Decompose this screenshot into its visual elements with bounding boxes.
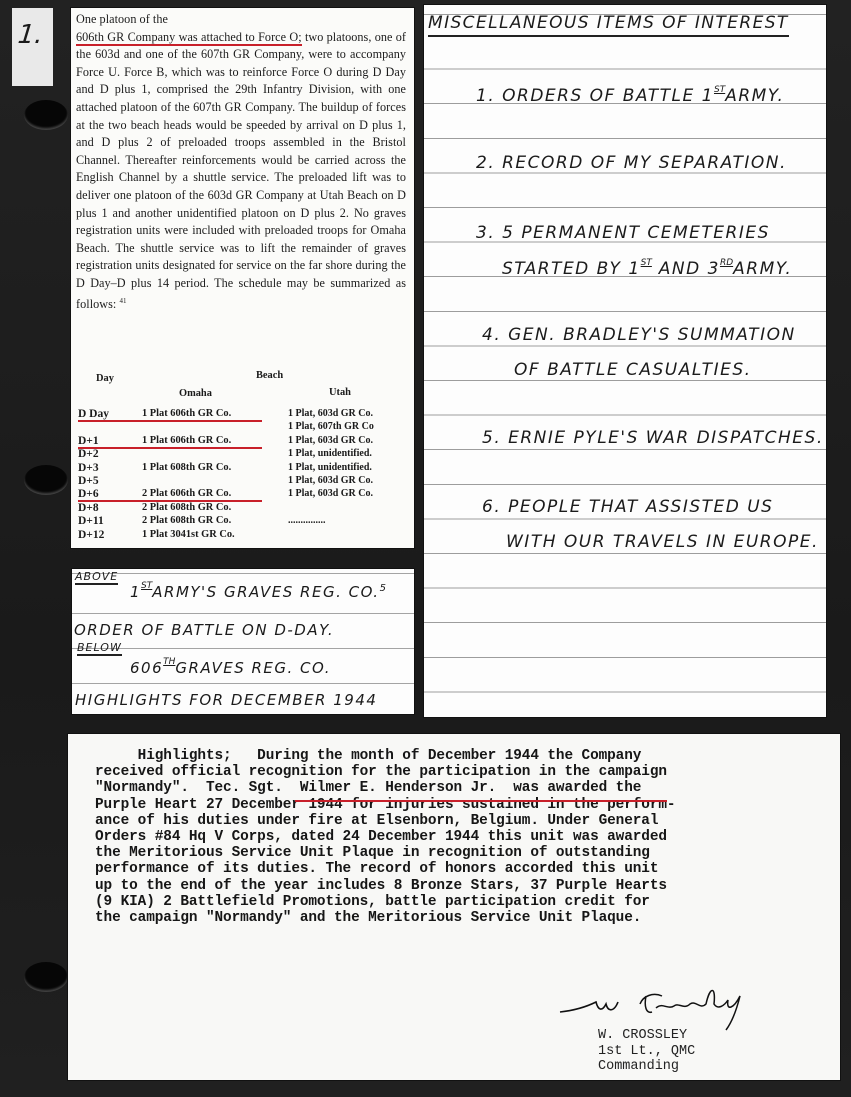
misc-items-card: Miscellaneous Items of Interest 1. Order… <box>424 5 826 717</box>
clipping-paragraph: One platoon of the 606th GR Company was … <box>76 11 406 313</box>
misc-item-6-line2: with our travels in Europe. <box>506 532 819 552</box>
misc-item-1: 1. Orders of Battle 1stArmy. <box>476 85 784 106</box>
underlined-phrase: 606th GR Company was attached to Force O… <box>76 30 302 46</box>
signature-block: W. CROSSLEY 1st Lt., QMC Commanding <box>598 1028 695 1075</box>
schedule-utah: ............... <box>288 515 326 526</box>
header-day: Day <box>96 373 114 384</box>
schedule-utah: 1 Plat, 603d GR Co. <box>288 435 373 446</box>
schedule-utah: 1 Plat, 603d GR Co. <box>288 488 373 499</box>
schedule-day: D Day <box>78 408 109 420</box>
schedule-day: D+2 <box>78 448 99 460</box>
note-line-3: 606thGraves Reg. Co. <box>130 657 331 677</box>
schedule-row: D+31 Plat 608th GR Co.1 Plat, unidentifi… <box>76 462 410 475</box>
misc-card-title: Miscellaneous Items of Interest <box>428 13 789 37</box>
schedule-day: D+11 <box>78 515 104 527</box>
page-number: 1. <box>16 20 44 50</box>
schedule-day: D+8 <box>78 502 99 514</box>
schedule-row: D Day1 Plat 606th GR Co.1 Plat, 603d GR … <box>76 408 410 421</box>
schedule-row: D+82 Plat 608th GR Co. <box>76 502 410 515</box>
clipping-body: two platoons, one of the 603d and one of… <box>76 30 406 311</box>
schedule-utah: 1 Plat, 607th GR Co <box>288 421 374 432</box>
schedule-omaha: 1 Plat 608th GR Co. <box>142 462 231 473</box>
name-underline <box>295 800 667 802</box>
caption-note-card: Above 1stArmy's Graves Reg. Co.5 Order o… <box>72 569 414 714</box>
schedule-rows: D Day1 Plat 606th GR Co.1 Plat, 603d GR … <box>76 408 410 542</box>
schedule-row: D+62 Plat 606th GR Co.1 Plat, 603d GR Co… <box>76 488 410 501</box>
note-line-1: 1stArmy's Graves Reg. Co.5 <box>130 581 387 601</box>
binder-hole <box>24 465 68 495</box>
binder-hole <box>24 100 68 130</box>
misc-item-5: 5. Ernie Pyle's War Dispatches. <box>482 428 824 448</box>
schedule-day: D+6 <box>78 488 99 500</box>
schedule-day: D+3 <box>78 462 99 474</box>
signer-rank: 1st Lt., QMC <box>598 1044 695 1059</box>
schedule-omaha: 1 Plat 3041st GR Co. <box>142 529 235 540</box>
schedule-row: D+121 Plat 3041st GR Co. <box>76 529 410 542</box>
schedule-day: D+12 <box>78 529 104 541</box>
letter-body: Highlights; During the month of December… <box>95 748 825 926</box>
misc-item-2: 2. Record of my separation. <box>476 153 787 173</box>
misc-item-4-line2: of Battle Casualties. <box>514 360 752 380</box>
schedule-row: D+51 Plat, 603d GR Co. <box>76 475 410 488</box>
schedule-row: D+112 Plat 608th GR Co................ <box>76 515 410 528</box>
schedule-omaha: 2 Plat 606th GR Co. <box>142 488 231 499</box>
misc-item-3-line2: Started by 1st and 3rdArmy. <box>502 258 792 279</box>
clipping-first-line: One platoon of the <box>76 11 406 29</box>
misc-item-6-line1: 6. People that assisted us <box>482 497 773 517</box>
note-line-4: Highlights for December 1944 <box>75 691 377 709</box>
schedule-day: D+1 <box>78 435 99 447</box>
schedule-row: D+21 Plat, unidentified. <box>76 448 410 461</box>
misc-item-4-line1: 4. Gen. Bradley's summation <box>482 325 796 345</box>
header-utah: Utah <box>329 387 351 398</box>
schedule-utah: 1 Plat, unidentified. <box>288 448 372 459</box>
header-omaha: Omaha <box>179 388 212 399</box>
header-beach: Beach <box>256 370 283 381</box>
schedule-utah: 1 Plat, 603d GR Co. <box>288 408 373 419</box>
schedule-utah: 1 Plat, unidentified. <box>288 462 372 473</box>
note-line-2: Order of Battle on D-Day. <box>74 621 334 639</box>
schedule-row: D+11 Plat 606th GR Co.1 Plat, 603d GR Co… <box>76 435 410 448</box>
schedule-day: D+5 <box>78 475 99 487</box>
handwritten-signature <box>558 982 758 1032</box>
misc-item-3-line1: 3. 5 Permanent Cemeteries <box>476 223 770 243</box>
signer-role: Commanding <box>598 1059 679 1074</box>
schedule-omaha: 1 Plat 606th GR Co. <box>142 435 231 446</box>
schedule-omaha: 2 Plat 608th GR Co. <box>142 515 231 526</box>
below-label: Below <box>77 642 122 656</box>
page-number-tab: 1. <box>12 8 53 86</box>
schedule-row: 1 Plat, 607th GR Co <box>76 421 410 434</box>
binder-hole <box>24 962 68 992</box>
schedule-utah: 1 Plat, 603d GR Co. <box>288 475 373 486</box>
printed-clipping: One platoon of the 606th GR Company was … <box>71 8 414 548</box>
typed-highlights-letter: Highlights; During the month of December… <box>68 734 840 1080</box>
schedule-omaha: 2 Plat 608th GR Co. <box>142 502 231 513</box>
above-label: Above <box>75 571 118 585</box>
schedule-omaha: 1 Plat 606th GR Co. <box>142 408 231 419</box>
signer-name: W. CROSSLEY <box>598 1028 687 1043</box>
footnote-ref: 41 <box>119 297 126 305</box>
